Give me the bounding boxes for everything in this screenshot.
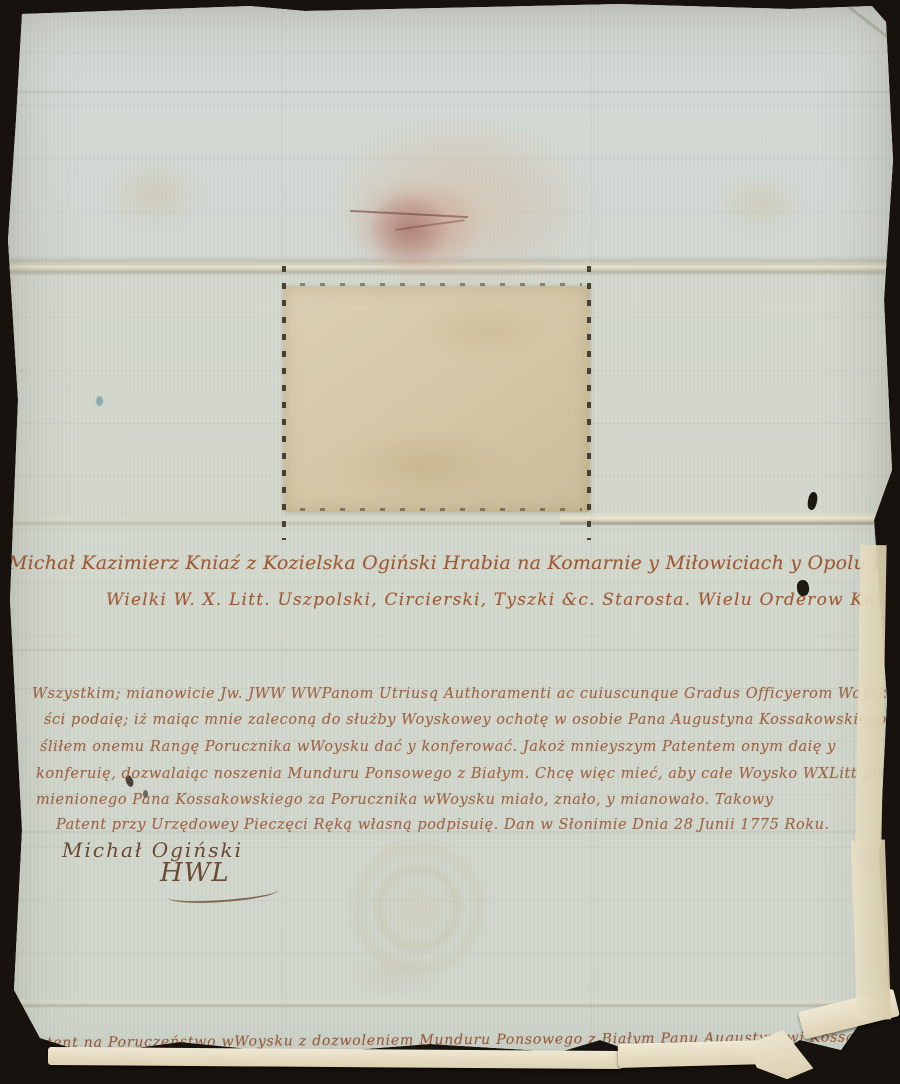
edge-shading <box>0 0 900 1084</box>
torn-backing-strip-bottom-center <box>618 1040 769 1068</box>
torn-backing-strip-right-lower <box>851 839 891 1020</box>
torn-backing-strip-bottom-left <box>48 1047 623 1069</box>
paper-sheet: Michał Kazimierz Kniaź z Kozielska Ogińs… <box>0 0 900 1084</box>
photograph-of-historical-document: Michał Kazimierz Kniaź z Kozielska Ogińs… <box>0 0 900 1084</box>
torn-backing-strip-right-upper <box>855 545 886 845</box>
